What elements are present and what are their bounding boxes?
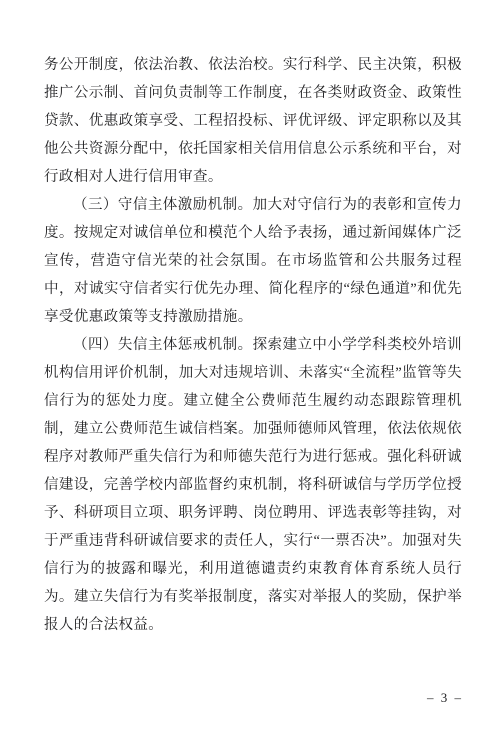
paragraph-item-four: （四）失信主体惩戒机制。探索建立中小学学科类校外培训机构信用评价机制，加大对违规… <box>44 331 462 639</box>
document-body: 务公开制度，依法治教、依法治校。实行科学、民主决策，积极推广公示制、首问负责制等… <box>44 51 462 639</box>
page-number: – 3 – <box>427 691 463 705</box>
document-page: 务公开制度，依法治教、依法治校。实行科学、民主决策，积极推广公示制、首问负责制等… <box>0 0 501 733</box>
paragraph-item-three: （三）守信主体激励机制。加大对守信行为的表彰和宣传力度。按规定对诚信单位和模范个… <box>44 191 462 331</box>
paragraph-continuation: 务公开制度，依法治教、依法治校。实行科学、民主决策，积极推广公示制、首问负责制等… <box>44 51 462 191</box>
